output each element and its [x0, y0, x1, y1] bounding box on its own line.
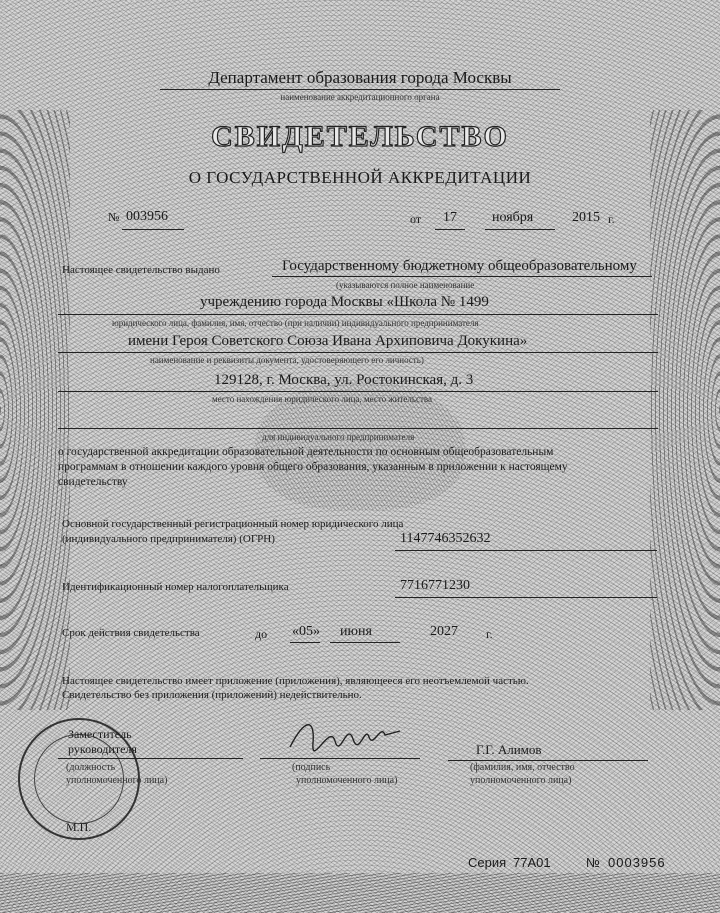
- issue-year: 2015: [572, 210, 600, 226]
- divider: [272, 276, 652, 277]
- validity-label: Срок действия свидетельства: [62, 627, 200, 639]
- caption-location: место нахождения юридического лица, мест…: [212, 394, 432, 404]
- appendix-note-line2: Свидетельство без приложения (приложений…: [62, 689, 362, 701]
- divider: [395, 550, 657, 551]
- divider: [58, 391, 658, 392]
- org-address: 129128, г. Москва, ул. Ростокинская, д. …: [214, 372, 473, 389]
- position-line1: Заместитель: [68, 727, 132, 742]
- date-prefix: от: [410, 212, 421, 227]
- divider: [435, 229, 465, 230]
- signature-caption1: (подпись: [292, 762, 330, 773]
- divider: [395, 597, 657, 598]
- ogrn-value: 1147746352632: [400, 531, 490, 547]
- series-label: Серия: [468, 855, 506, 870]
- body-line-2: программам в отношении каждого уровня об…: [58, 461, 568, 473]
- name-caption2: уполномоченного лица): [470, 775, 571, 786]
- certificate-number: 003956: [126, 209, 168, 225]
- position-caption2: уполномоченного лица): [66, 775, 167, 786]
- accreditation-authority: Департамент образования города Москвы: [0, 68, 720, 88]
- ogrn-label-line2: (индивидуального предпринимателя) (ОГРН): [62, 533, 275, 545]
- signatory-name: Г.Г. Алимов: [476, 742, 542, 758]
- issue-month: ноября: [492, 210, 533, 226]
- org-name-line3: имени Героя Советского Союза Ивана Архип…: [128, 333, 527, 350]
- series-value: 77А01: [513, 855, 551, 870]
- divider: [485, 229, 555, 230]
- date-suffix: г.: [608, 212, 615, 227]
- divider: [58, 428, 658, 429]
- issue-day: 17: [443, 210, 457, 226]
- divider: [58, 314, 658, 315]
- caption-legal-entity: юридического лица, фамилия, имя, отчеств…: [112, 318, 479, 328]
- validity-year: 2027: [430, 624, 458, 640]
- blank-number-label: №: [586, 855, 600, 870]
- caption-identity-document: наименование и реквизиты документа, удос…: [150, 355, 424, 365]
- ogrn-label-line1: Основной государственный регистрационный…: [62, 518, 403, 530]
- validity-month: июня: [340, 624, 372, 640]
- authority-caption: наименование аккредитационного органа: [0, 92, 720, 102]
- seal-label: М.П.: [66, 820, 91, 835]
- divider: [448, 760, 648, 761]
- caption-full-name: (указываются полное наименование: [336, 280, 474, 290]
- document-title: СВИДЕТЕЛЬСТВО: [0, 120, 720, 154]
- org-name-line2: учреждению города Москвы «Школа № 1499: [200, 294, 489, 311]
- divider: [122, 229, 184, 230]
- divider: [58, 352, 658, 353]
- org-name-line1: Государственному бюджетному общеобразова…: [282, 258, 637, 275]
- issued-to-label: Настоящее свидетельство выдано: [62, 264, 220, 276]
- caption-entrepreneur: для индивидуального предпринимателя: [262, 432, 414, 442]
- position-caption1: (должность: [66, 762, 115, 773]
- validity-prefix: до: [255, 627, 267, 642]
- right-guilloche-border: [650, 110, 720, 710]
- inn-value: 7716771230: [400, 578, 470, 594]
- position-line2: руководителя: [68, 742, 137, 757]
- divider: [330, 642, 400, 643]
- number-label: №: [108, 210, 119, 225]
- validity-suffix: г.: [486, 627, 493, 642]
- signature-caption2: уполномоченного лица): [296, 775, 397, 786]
- inn-label: Идентификационный номер налогоплательщик…: [62, 581, 289, 593]
- left-guilloche-border: [0, 110, 70, 710]
- divider: [260, 758, 420, 759]
- handwritten-signature: [285, 713, 405, 755]
- divider: [160, 89, 560, 90]
- body-line-3: свидетельству: [58, 476, 128, 488]
- blank-number: 0003956: [608, 855, 666, 870]
- body-line-1: о государственной аккредитации образоват…: [58, 446, 553, 458]
- document-subtitle: О ГОСУДАРСТВЕННОЙ АККРЕДИТАЦИИ: [0, 168, 720, 188]
- validity-day: «05»: [292, 624, 320, 640]
- appendix-note-line1: Настоящее свидетельство имеет приложение…: [62, 675, 529, 687]
- bottom-ornament: [0, 873, 720, 913]
- divider: [290, 642, 320, 643]
- name-caption1: (фамилия, имя, отчество: [470, 762, 575, 773]
- divider: [58, 758, 243, 759]
